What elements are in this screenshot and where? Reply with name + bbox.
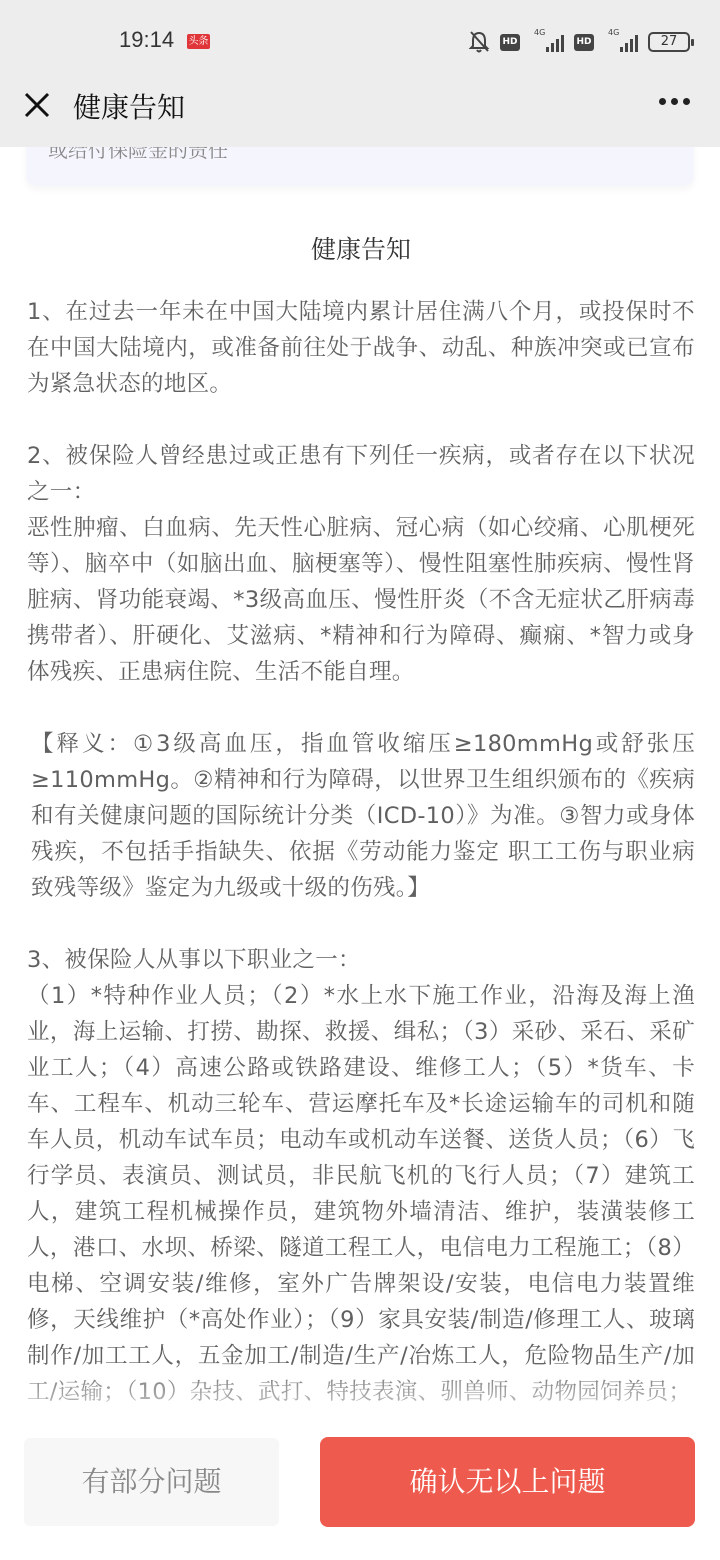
bell-muted-icon xyxy=(468,30,490,54)
signal-4g-icon: 4G xyxy=(530,30,564,54)
signal-4g-icon: 4G xyxy=(604,30,638,54)
status-icons: HD 4G HD 4G 27 xyxy=(468,28,690,56)
more-icon[interactable] xyxy=(659,98,690,105)
network-type-label: 4G xyxy=(608,28,619,37)
hd-icon: HD xyxy=(574,34,594,51)
battery-icon: 27 xyxy=(648,32,690,52)
scroll-fade xyxy=(0,1360,720,1430)
partial-issues-button[interactable]: 有部分问题 xyxy=(24,1438,279,1526)
action-bar: 有部分问题 确认无以上问题 xyxy=(0,1430,720,1560)
hd-icon: HD xyxy=(500,34,520,51)
notice-item-1: 1、在过去一年未在中国大陆境内累计居住满八个月，或投保时不在中国大陆境内，或准备… xyxy=(27,294,695,402)
status-time: 19:14 xyxy=(119,27,174,53)
disease-list: 恶性肿瘤、白血病、先天性心脏病、冠心病（如心绞痛、心肌梗死等）、脑卒中（如脑出血… xyxy=(27,510,695,690)
close-icon[interactable] xyxy=(22,90,52,120)
notice-item-2: 2、被保险人曾经患过或正患有下列任一疾病，或者存在以下状况之一： xyxy=(27,438,695,510)
toutiao-app-icon: 头条 xyxy=(187,34,210,49)
status-bar: 19:14 头条 HD 4G HD 4G 27 xyxy=(0,0,720,80)
occupation-list: （1）*特种作业人员；（2）*水上水下施工作业，沿海及海上渔业，海上运输、打捞、… xyxy=(27,978,695,1410)
network-type-label: 4G xyxy=(534,28,545,37)
health-notice-content: 健康告知 1、在过去一年未在中国大陆境内累计居住满八个月，或投保时不在中国大陆境… xyxy=(27,230,695,1410)
document-title: 健康告知 xyxy=(27,230,695,266)
navbar: 健康告知 xyxy=(0,80,720,147)
definitions-note: 【释义：①3级高血压，指血管收缩压≥180mmHg或舒张压≥110mmHg。②精… xyxy=(27,726,695,906)
confirm-no-issues-button[interactable]: 确认无以上问题 xyxy=(320,1437,695,1527)
page-title: 健康告知 xyxy=(73,86,185,126)
notice-item-3: 3、被保险人从事以下职业之一： xyxy=(27,942,695,978)
